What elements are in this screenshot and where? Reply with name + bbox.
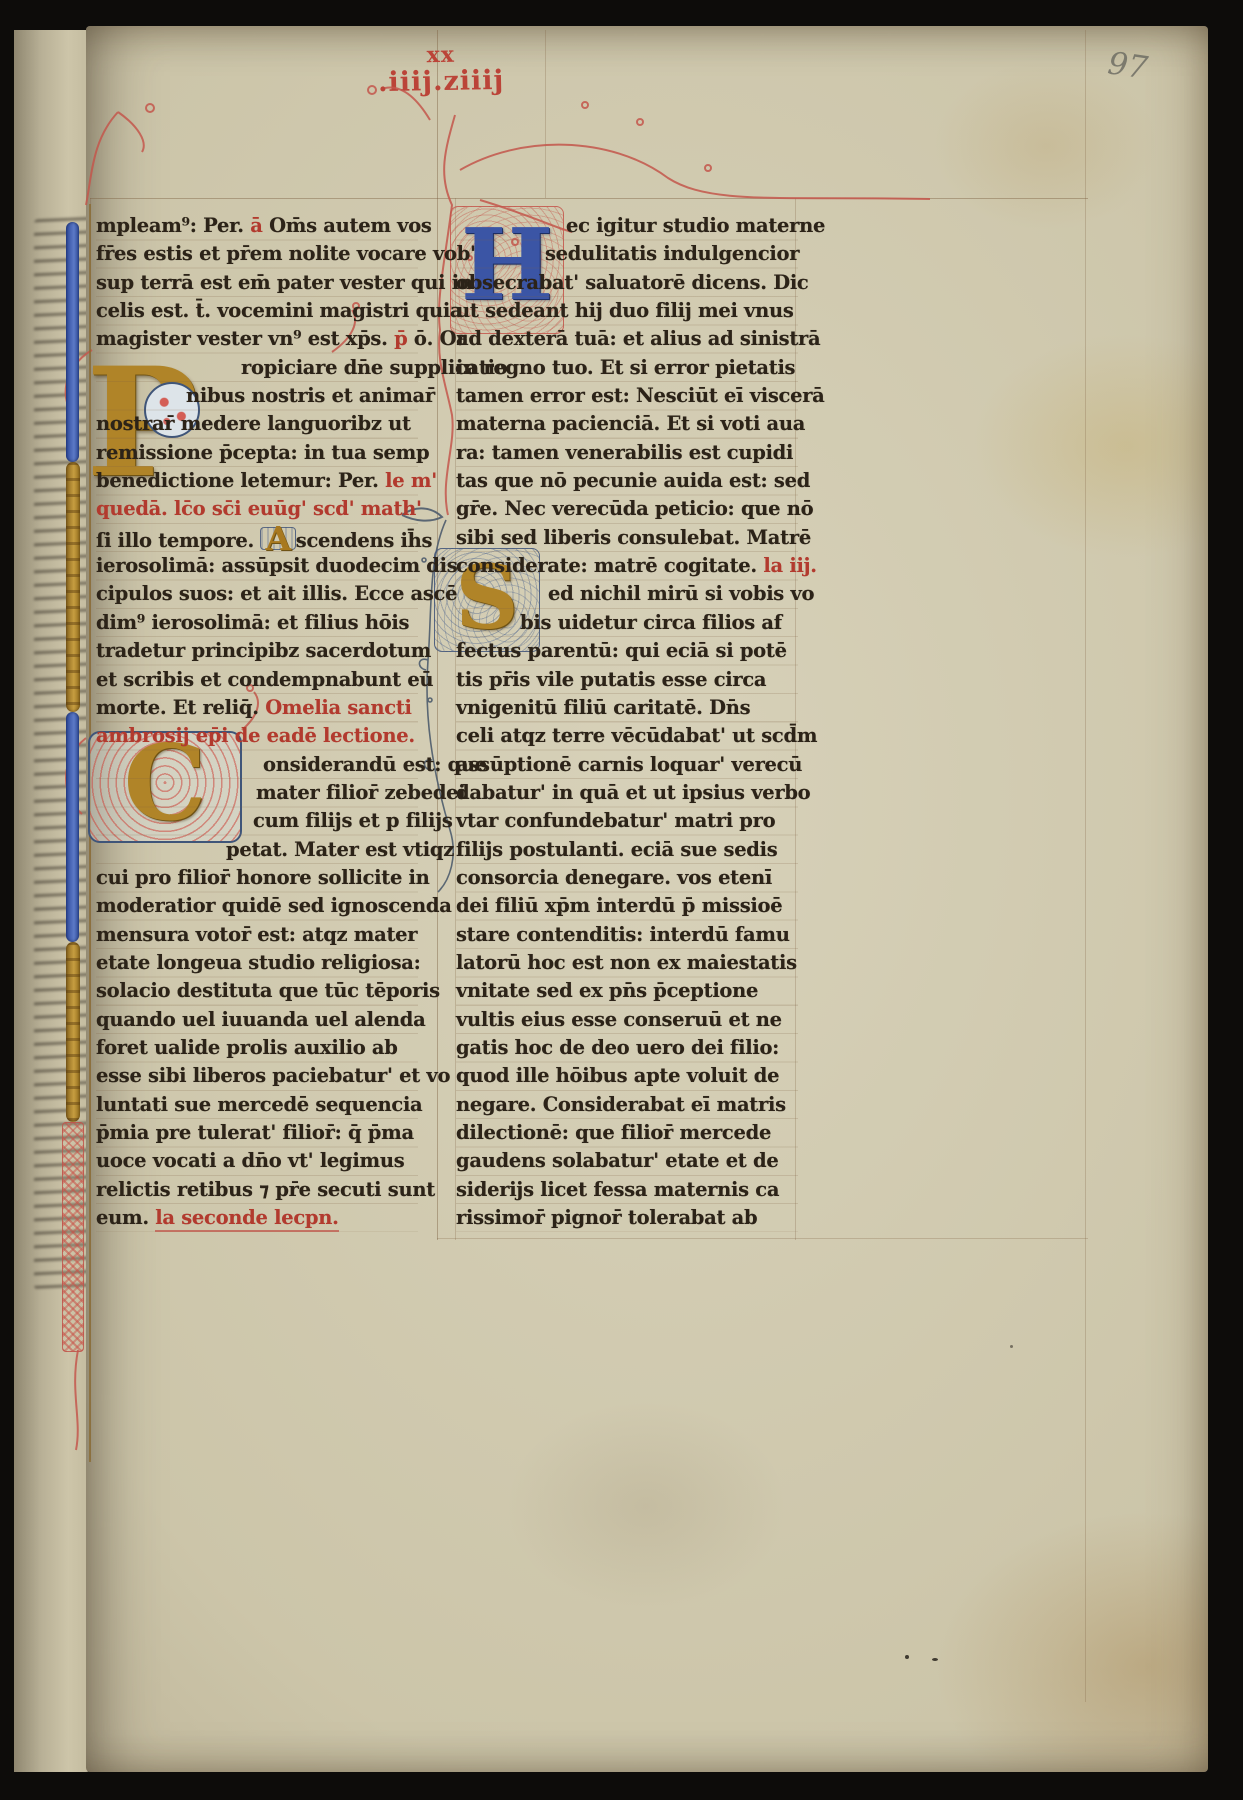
text-segment: benedictione letemur: Per. [96,469,385,492]
text-segment: quedā. lc̄o sc̄i euūg' scd' math' [96,497,422,520]
border-bar-red-filigree [62,1122,84,1352]
text-line: etate longeua studio religiosa: [96,949,418,977]
text-segment: et scribis et condempnabunt eū [96,668,433,691]
text-segment: cui pro filior̄ honore sollicite in [96,866,430,889]
text-segment: Omelia sancti [265,696,411,719]
text-line: ſi illo tempore. Ascendens ih̄s [96,524,418,552]
text-line: negare. Considerabat eī matris [456,1091,798,1119]
text-segment: relictis retibus ⁊ pr̄e secuti sunt [96,1178,435,1201]
text-line: gr̄e. Nec verecūda peticio: que nō [456,495,798,523]
text-segment: la seconde lecpn. [155,1206,338,1232]
text-segment: tis pr̄is vile putatis esse circa [456,668,766,691]
ruling-top-horizontal [90,198,1088,199]
text-segment: tamen error est: Nesciūt eī viscerā [456,384,825,407]
text-segment: ed nichil mirū si vobis vo [548,582,814,605]
text-line: vultis eius esse conseruū et ne [456,1006,798,1034]
text-segment: ā [250,214,269,237]
text-line: vnigenitū filiū caritatē. Dn̄s [456,694,798,722]
text-column-left: mpleam⁹: Per. ā Om̄s autem vosfr̄es esti… [96,212,418,1232]
border-bar-blue-mid [66,712,79,942]
text-segment: quod ille hōibus apte voluit de [456,1064,779,1087]
text-line: fr̄es estis et pr̄em nolite vocare vob' [96,240,418,268]
text-segment: mensura votor̄ est: atqz mater [96,923,417,946]
text-segment: cum filijs et p filijs [253,809,453,832]
text-segment: onsiderandū est: que [263,753,487,776]
text-line: petat. Mater est vtiqz [226,836,418,864]
text-segment: vnigenitū filiū caritatē. Dn̄s [456,696,750,719]
text-segment: petat. Mater est vtiqz [226,838,454,861]
text-line: tis pr̄is vile putatis esse circa [456,666,798,694]
text-line: celis est. t̄. vocemini magistri quia [96,297,418,325]
text-segment: fr̄es estis et pr̄em nolite vocare vob' [96,242,476,265]
text-line: vnitate sed ex pn̄s p̄ceptione [456,977,798,1005]
text-line: benedictione letemur: Per. le m' [96,467,418,495]
text-segment: remissione p̄cepta: in tua semp [96,441,429,464]
text-segment: foret ualide prolis auxilio ab [96,1036,398,1059]
text-line: luntati sue mercedē sequencia [96,1091,418,1119]
text-line: fectus parentū: qui eciā si potē [456,637,798,665]
text-line: ut sedeant hij duo filij mei vnus [456,297,798,325]
text-segment: ut sedeant hij duo filij mei vnus [456,299,794,322]
text-line: dilectionē: que filior̄ mercede [456,1119,798,1147]
text-line: et scribis et condempnabunt eū [96,666,418,694]
text-segment: sibi sed liberis consulebat. Matrē [456,526,811,549]
text-line: dabatur' in quā et ut ipsius verbo [456,779,798,807]
text-line: ierosolimā: assūpsit duodecim dis [96,552,418,580]
text-line: solacio destituta que tūc tēporis [96,977,418,1005]
text-line: bis uidetur circa filios af [520,609,798,637]
text-segment: Om̄s autem vos [269,214,431,237]
quire-signature-main: .iiij.ziiij [356,67,526,97]
text-line: rissimor̄ pignor̄ tolerabat ab [456,1204,798,1232]
text-line: assūptionē carnis loquar' verecū [456,751,798,779]
text-line: eum. la seconde lecpn. [96,1204,418,1232]
text-segment: etate longeua studio religiosa: [96,951,421,974]
text-segment: dei filiū xp̄m interdū p̄ missioē [456,894,782,917]
text-segment: cipulos suos: et ait illis. Ecce ascē [96,582,457,605]
text-segment: eum. [96,1206,155,1229]
text-line: considerate: matrē cogitate. la iij. [456,552,798,580]
text-line: materna pacienciā. Et si voti aua [456,410,798,438]
text-segment: fectus parentū: qui eciā si potē [456,639,787,662]
text-segment: quando uel iuuanda uel alenda [96,1008,425,1031]
text-line: ambrosij ep̄i de eadē lectione. [96,722,418,750]
text-segment: ad dexterā tuā: et alius ad sinistrā [456,327,820,350]
parchment-speck [932,1658,938,1661]
ruling-vertical-far-right [1085,30,1086,1702]
text-line: tas que nō pecunie auida est: sed [456,467,798,495]
text-segment: vnitate sed ex pn̄s p̄ceptione [456,979,758,1002]
text-line: vtar confundebatur' matri pro [456,807,798,835]
text-segment: p̄ [394,327,414,350]
text-segment: nibus nostris et animar̄ [186,384,435,407]
quire-signature: xx .iiij.ziiij [356,43,527,97]
text-segment: rissimor̄ pignor̄ tolerabat ab [456,1206,757,1229]
text-segment: magister vester vn⁹ est xp̄s. [96,327,394,350]
parchment-speck [905,1655,909,1659]
text-line: nibus nostris et animar̄ [186,382,418,410]
text-line: sup terrā est em̄ pater vester qui in [96,269,418,297]
text-segment: filijs postulanti. eciā sue sedis [456,838,777,861]
text-segment: gr̄e. Nec verecūda peticio: que nō [456,497,813,520]
text-segment: solacio destituta que tūc tēporis [96,979,440,1002]
text-segment: obsecrabat' saluatorē dicens. Dic [456,271,809,294]
folio-number: 97 [1106,45,1150,86]
border-bar-gold-upper [66,462,80,712]
text-segment: le m' [385,469,437,492]
text-line: gaudens solabatur' etate et de [456,1147,798,1175]
text-segment: tas que nō pecunie auida est: sed [456,469,810,492]
text-segment: ambrosij ep̄i de eadē lectione. [96,724,415,747]
text-segment: ec igitur studio materne [566,214,825,237]
text-segment: nostrar̄ medere languoribz ut [96,412,411,435]
text-segment: luntati sue mercedē sequencia [96,1093,422,1116]
text-segment: dim⁹ ierosolimā: et filius hōis [96,611,409,634]
text-line: remissione p̄cepta: in tua semp [96,439,418,467]
text-segment: uoce vocati a dn̄o vt' legimus [96,1149,404,1172]
text-segment: la iij. [763,554,816,577]
text-segment: vultis eius esse conseruū et ne [456,1008,782,1031]
text-segment: dilectionē: que filior̄ mercede [456,1121,771,1144]
text-line: latorū hoc est non ex maiestatis [456,949,798,977]
text-line: filijs postulanti. eciā sue sedis [456,836,798,864]
text-line: relictis retibus ⁊ pr̄e secuti sunt [96,1176,418,1204]
text-line: dim⁹ ierosolimā: et filius hōis [96,609,418,637]
text-segment: siderijs licet fessa maternis ca [456,1178,779,1201]
text-segment: esse sibi liberos paciebatur' et vo [96,1064,450,1087]
text-line: uoce vocati a dn̄o vt' legimus [96,1147,418,1175]
text-line: tradetur principibz sacerdotum [96,637,418,665]
text-line: stare contenditis: interdū famu [456,921,798,949]
text-segment: vtar confundebatur' matri pro [456,809,775,832]
text-line: siderijs licet fessa maternis ca [456,1176,798,1204]
text-line: dei filiū xp̄m interdū p̄ missioē [456,892,798,920]
text-segment: A [260,527,295,550]
text-line: p̄mia pre tulerat' filior̄: q̄ p̄ma [96,1119,418,1147]
text-line: sibi sed liberis consulebat. Matrē [456,524,798,552]
text-line: ra: tamen venerabilis est cupidi [456,439,798,467]
text-segment: assūptionē carnis loquar' verecū [456,753,802,776]
quire-signature-top: xx [356,43,526,68]
text-segment: negare. Considerabat eī matris [456,1093,786,1116]
text-line: nostrar̄ medere languoribz ut [96,410,418,438]
text-line: in regno tuo. Et si error pietatis [456,354,798,382]
text-line: mpleam⁹: Per. ā Om̄s autem vos [96,212,418,240]
text-segment: dabatur' in quā et ut ipsius verbo [456,781,810,804]
border-bar-gold-lower [66,942,80,1122]
text-segment: ſi illo tempore. [96,529,260,552]
text-segment: considerate: matrē cogitate. [456,554,763,577]
text-line: mater filior̄ zebedei [256,779,418,807]
text-line: obsecrabat' saluatorē dicens. Dic [456,269,798,297]
text-line: onsiderandū est: que [263,751,418,779]
text-segment: scendens ih̄s [296,529,432,552]
ruling-vertical-header [545,30,546,198]
border-bar-blue-top [66,222,79,462]
text-segment: moderatior quidē sed ignoscenda [96,894,452,917]
text-line: esse sibi liberos paciebatur' et vo [96,1062,418,1090]
text-line: quando uel iuuanda uel alenda [96,1006,418,1034]
text-line: cum filijs et p filijs [253,807,418,835]
text-segment: materna pacienciā. Et si voti aua [456,412,805,435]
text-line: cipulos suos: et ait illis. Ecce ascē [96,580,418,608]
text-segment: ra: tamen venerabilis est cupidi [456,441,793,464]
text-segment: stare contenditis: interdū famu [456,923,790,946]
parchment-speck [1010,1345,1013,1348]
text-segment: gaudens solabatur' etate et de [456,1149,778,1172]
text-line: morte. Et reliq̄. Omelia sancti [96,694,418,722]
text-line: cui pro filior̄ honore sollicite in [96,864,418,892]
text-line: moderatior quidē sed ignoscenda [96,892,418,920]
text-segment: mpleam⁹: Per. [96,214,250,237]
text-segment: gatis hoc de deo uero dei filio: [456,1036,779,1059]
text-line: ed nichil mirū si vobis vo [548,580,798,608]
text-line: ec igitur studio materne [566,212,798,240]
text-line: quedā. lc̄o sc̄i euūg' scd' math' [96,495,418,523]
text-segment: sedulitatis indulgencior [545,242,799,265]
text-line: magister vester vn⁹ est xp̄s. p̄ ō. Or [96,325,418,353]
ruling-bottom-horizontal [437,1238,1088,1239]
text-segment: p̄mia pre tulerat' filior̄: q̄ p̄ma [96,1121,414,1144]
text-line: tamen error est: Nesciūt eī viscerā [456,382,798,410]
text-line: ad dexterā tuā: et alius ad sinistrā [456,325,798,353]
text-line: quod ille hōibus apte voluit de [456,1062,798,1090]
text-line: celi atqz terre vēcūdabat' ut scd̄m [456,722,798,750]
text-column-right: ec igitur studio maternesedulitatis indu… [456,212,798,1232]
text-line: sedulitatis indulgencior [545,240,798,268]
facing-page-edge [14,30,92,1772]
text-line: ropiciare dn̄e supplicatio [241,354,418,382]
text-line: foret ualide prolis auxilio ab [96,1034,418,1062]
text-segment: mater filior̄ zebedei [256,781,465,804]
text-segment: morte. Et reliq̄. [96,696,265,719]
text-segment: tradetur principibz sacerdotum [96,639,431,662]
text-segment: latorū hoc est non ex maiestatis [456,951,797,974]
text-segment: celi atqz terre vēcūdabat' ut scd̄m [456,724,817,747]
text-line: gatis hoc de deo uero dei filio: [456,1034,798,1062]
text-line: consorcia denegare. vos etenī [456,864,798,892]
text-segment: celis est. t̄. vocemini magistri quia [96,299,462,322]
manuscript-photo: xx .iiij.ziiij 97 [0,0,1243,1800]
text-line: mensura votor̄ est: atqz mater [96,921,418,949]
text-segment: sup terrā est em̄ pater vester qui in [96,271,473,294]
text-segment: consorcia denegare. vos etenī [456,866,772,889]
text-segment: bis uidetur circa filios af [520,611,782,634]
text-segment: in regno tuo. Et si error pietatis [456,356,795,379]
